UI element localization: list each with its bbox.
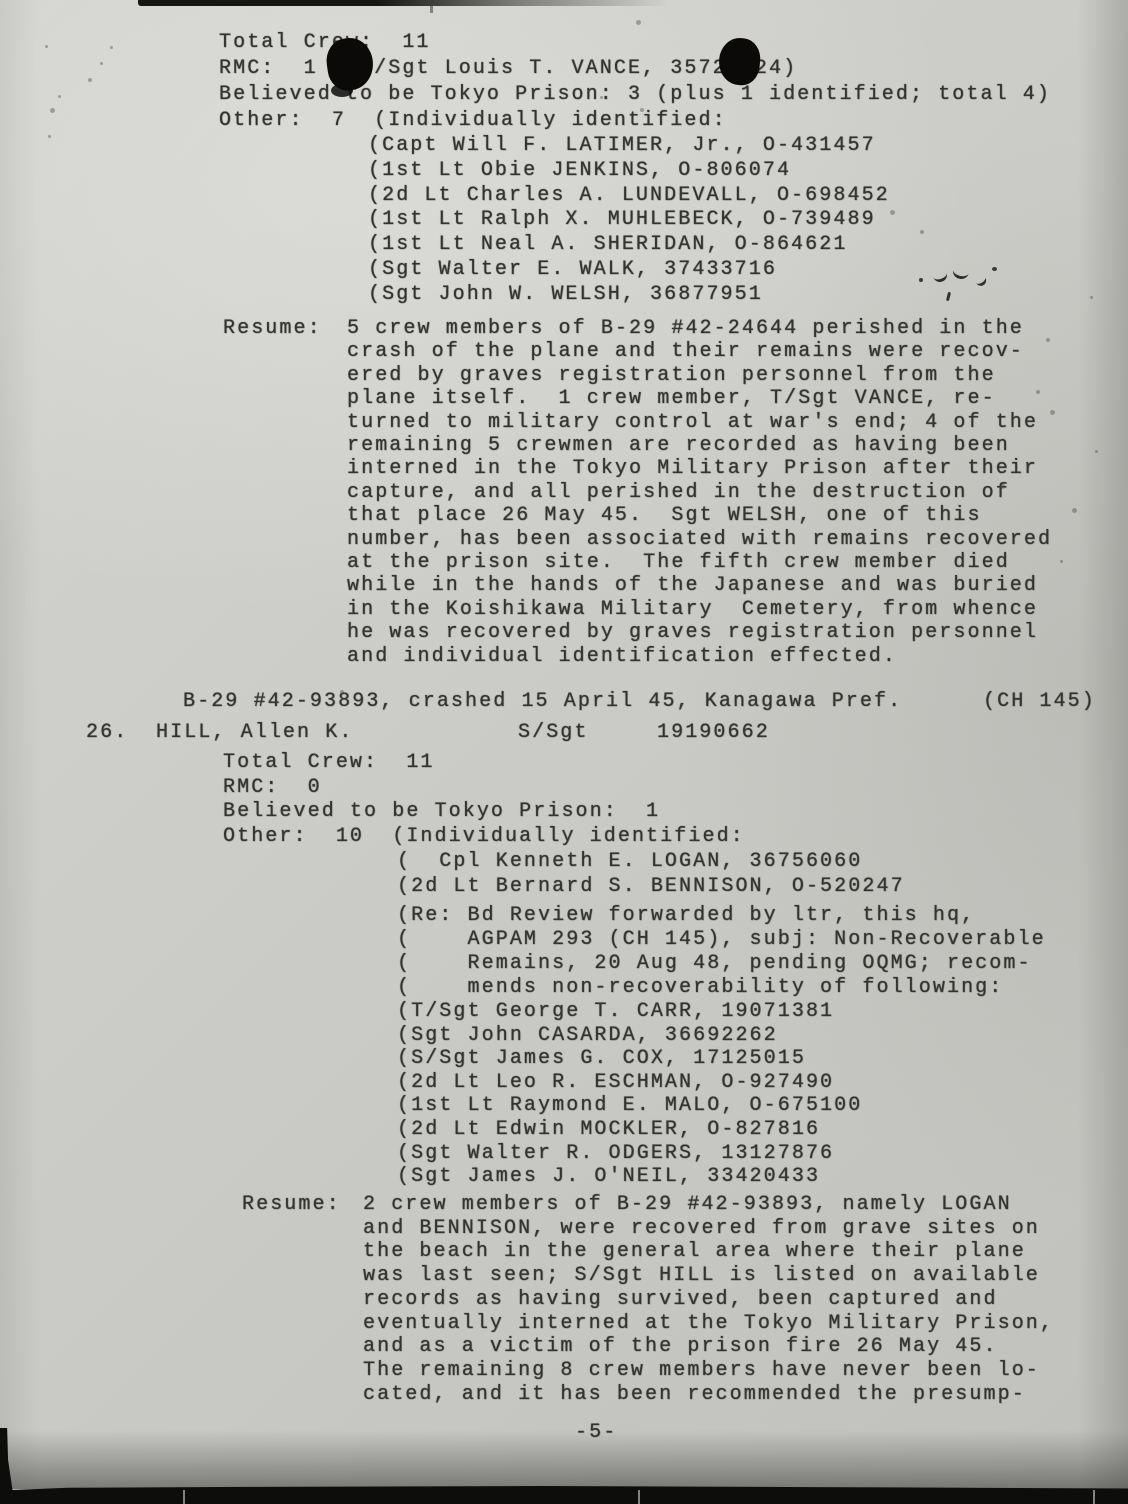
paper-speck <box>50 108 55 113</box>
paper-speck <box>1095 450 1098 453</box>
entry-26-resume-text: 2 crew members of B-29 #42-93893, namely… <box>363 1193 1054 1406</box>
paper-speck <box>636 20 641 25</box>
text-line: (1st Lt Neal A. SHERIDAN, O-864621 <box>368 233 890 258</box>
text-line: (1st Lt Ralph X. MUHLEBECK, O-739489 <box>368 208 890 233</box>
text-line: Believed to be Tokyo Prison: 1 <box>223 800 745 825</box>
text-line: remaining 5 crewmen are recorded as havi… <box>347 434 1052 457</box>
text-line: interned in the Tokyo Military Prison af… <box>347 457 1052 480</box>
text-line: ( AGPAM 293 (CH 145), subj: Non-Recovera… <box>397 928 1046 952</box>
text-line: and BENNISON, were recovered from grave … <box>363 1217 1054 1241</box>
text-line: (Sgt Walter R. ODGERS, 13127876 <box>397 1142 862 1166</box>
aircraft-crash-info: B-29 #42-93893, crashed 15 April 45, Kan… <box>183 690 902 713</box>
entry-number: 26. <box>86 721 128 744</box>
entry-26-crew-list-non-recoverable: (T/Sgt George T. CARR, 19071381(Sgt John… <box>397 1000 862 1189</box>
paper-speck <box>1036 390 1040 394</box>
paper-speck <box>48 135 51 138</box>
text-line: (Sgt James J. O'NEIL, 33420433 <box>397 1165 862 1189</box>
scan-top-edge-mark <box>430 0 433 13</box>
text-line: (Re: Bd Review forwarded by ltr, this hq… <box>397 904 1046 928</box>
paper-speck <box>340 690 344 694</box>
scan-bottom-edge-bar <box>0 1486 1128 1504</box>
text-line: (Sgt John CASARDA, 36692262 <box>397 1024 862 1048</box>
paper-speck <box>45 45 48 48</box>
text-line: Other: 7 (Individually identified: <box>219 108 1051 134</box>
text-line: ered by graves registration personnel fr… <box>347 364 1052 387</box>
serviceman-serial-number: 19190662 <box>657 721 770 744</box>
paper-speck <box>1072 508 1077 513</box>
text-line: (2d Lt Bernard S. BENNISON, O-520247 <box>397 875 905 900</box>
scan-bar-gap-line <box>1093 1490 1095 1504</box>
scan-top-edge-smear <box>138 0 670 6</box>
text-line: Total Crew: 11 <box>223 751 745 776</box>
entry-25-crew-list: (Capt Will F. LATIMER, Jr., O-431457(1st… <box>368 134 890 308</box>
ink-smudge <box>931 266 949 284</box>
text-line: (2d Lt Charles A. LUNDEVALL, O-698452 <box>368 184 890 209</box>
serviceman-rank: S/Sgt <box>518 721 589 744</box>
text-line: while in the hands of the Japanese and w… <box>347 574 1052 597</box>
text-line: crash of the plane and their remains wer… <box>347 340 1052 363</box>
text-line: (S/Sgt James G. COX, 17125015 <box>397 1047 862 1071</box>
paper-speck <box>88 78 92 82</box>
paper-speck <box>1050 410 1055 415</box>
ink-smudge <box>973 272 989 288</box>
text-line: (Capt Will F. LATIMER, Jr., O-431457 <box>368 134 890 159</box>
text-line: (Sgt Walter E. WALK, 37433716 <box>368 258 890 283</box>
entry-26-board-review-note: (Re: Bd Review forwarded by ltr, this hq… <box>397 904 1046 1000</box>
text-line: records as having survived, been capture… <box>363 1288 1054 1312</box>
paper-speck <box>890 210 895 215</box>
text-line: RMC: 0 <box>223 776 745 801</box>
paper-speck <box>1060 560 1063 563</box>
text-line: he was recovered by graves registration … <box>347 621 1052 644</box>
text-line: number, has been associated with remains… <box>347 528 1052 551</box>
paper-speck <box>600 96 603 99</box>
paper-speck <box>58 95 61 98</box>
text-line: (Sgt John W. WELSH, 36877951 <box>368 283 890 308</box>
text-line: cated, and it has been recommended the p… <box>363 1383 1054 1407</box>
text-line: Other: 10 (Individually identified: <box>223 825 745 850</box>
scan-bar-gap-line <box>183 1490 185 1504</box>
entry-25-resume-text: 5 crew members of B-29 #42-24644 perishe… <box>347 317 1052 668</box>
paper-speck <box>1090 296 1093 299</box>
text-line: ( mends non-recoverability of following: <box>397 976 1046 1000</box>
text-line: ( Remains, 20 Aug 48, pending OQMG; reco… <box>397 952 1046 976</box>
text-line: and individual identification effected. <box>347 645 1052 668</box>
text-line: The remaining 8 crew members have never … <box>363 1359 1054 1383</box>
text-line: turned to military control at war's end;… <box>347 411 1052 434</box>
scan-bottom-shadow <box>0 1430 1128 1489</box>
text-line: plane itself. 1 crew member, T/Sgt VANCE… <box>347 387 1052 410</box>
text-line: (1st Lt Obie JENKINS, O-806074 <box>368 159 890 184</box>
paper-speck <box>100 62 103 65</box>
text-line: in the Koishikawa Military Cemetery, fro… <box>347 598 1052 621</box>
entry-25-resume-label: Resume: <box>223 317 322 340</box>
text-line: (2d Lt Edwin MOCKLER, O-827816 <box>397 1118 862 1142</box>
scanned-document-page: Total Crew: 11RMC: 1 (T/Sgt Louis T. VAN… <box>0 0 1128 1504</box>
ink-smudge <box>992 267 997 271</box>
text-line: (2d Lt Leo R. ESCHMAN, O-927490 <box>397 1071 862 1095</box>
paper-speck <box>1000 484 1005 489</box>
scan-bar-gap-line <box>638 1490 640 1504</box>
ink-smudge <box>946 292 951 301</box>
text-line: the beach in the general area where thei… <box>363 1240 1054 1264</box>
text-line: (1st Lt Raymond E. MALO, O-675100 <box>397 1094 862 1118</box>
paper-speck <box>640 108 644 112</box>
entry-26-fields: Total Crew: 11RMC: 0Believed to be Tokyo… <box>223 751 745 850</box>
text-line: capture, and all perished in the destruc… <box>347 481 1052 504</box>
paper-speck <box>920 230 924 234</box>
text-line: 5 crew members of B-29 #42-24644 perishe… <box>347 317 1052 340</box>
text-line: at the prison site. The fifth crew membe… <box>347 551 1052 574</box>
serviceman-name: HILL, Allen K. <box>156 721 353 744</box>
text-line: 2 crew members of B-29 #42-93893, namely… <box>363 1193 1054 1217</box>
text-line: was last seen; S/Sgt HILL is listed on a… <box>363 1264 1054 1288</box>
ink-smudge <box>952 263 971 281</box>
case-history-reference: (CH 145) <box>983 690 1096 713</box>
text-line: that place 26 May 45. Sgt WELSH, one of … <box>347 504 1052 527</box>
text-line: eventually interned at the Tokyo Militar… <box>363 1312 1054 1336</box>
text-line: and as a victim of the prison fire 26 Ma… <box>363 1335 1054 1359</box>
paper-speck <box>1046 338 1050 342</box>
entry-26-resume-label: Resume: <box>242 1193 341 1216</box>
text-line: ( Cpl Kenneth E. LOGAN, 36756060 <box>397 850 905 875</box>
ink-blot <box>331 84 353 97</box>
ink-smudge <box>919 278 923 282</box>
entry-26-crew-list-identified: ( Cpl Kenneth E. LOGAN, 36756060(2d Lt B… <box>397 850 905 899</box>
paper-speck <box>110 46 113 49</box>
text-line: (T/Sgt George T. CARR, 19071381 <box>397 1000 862 1024</box>
